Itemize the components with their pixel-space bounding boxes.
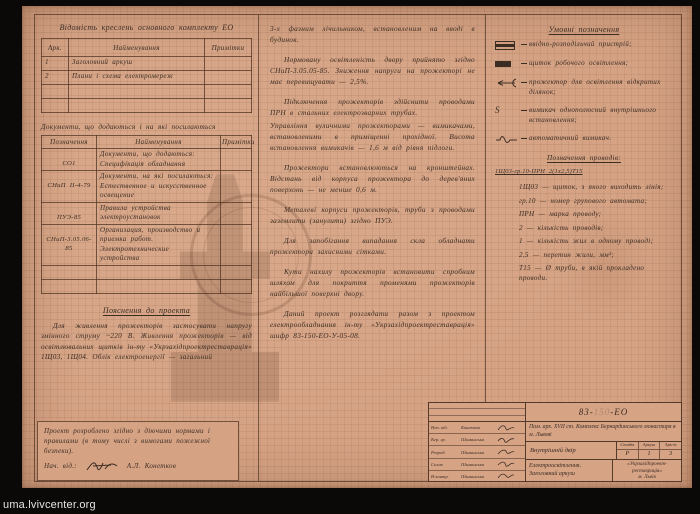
wire-designation-item: ПРН — марка проводу; [519,210,673,220]
stage-header: Арк-ів [660,442,681,449]
wire-designation-item: 2,5 — перетин жили, мм²; [519,251,673,261]
signature-role: Розроб. [429,450,461,455]
stage-header: Аркуш [639,442,661,449]
column-header: Примітки [205,39,252,57]
note-paragraph: Нормовану освітленість двору прийнято зг… [270,54,475,87]
table-row [42,99,252,113]
object-name: Внутрішній двір [526,442,617,459]
signatures-grid: Нач. від. Конетков Кер. гр. Шиманська Ро… [429,422,526,482]
compliance-note-box: Проект розроблено згідно з діючими норма… [37,421,239,481]
signer-name: Конетков [461,425,497,430]
breaker-symbol-icon [495,134,521,144]
legend-label: автоматичний вимикач. [529,134,673,144]
doc-name-cell: Документи, що додаються: Специфікація об… [97,149,221,171]
stage-value: 3 [660,450,681,459]
sheet-title: Електроосвітлення. Заголовний аркуш [526,460,613,482]
doc-name-cell: Организация, производство и приемка рабо… [97,224,221,265]
signature-icon [85,459,119,473]
legend-dash [521,110,527,111]
column-header: Позначення [42,136,97,149]
legend-item: автоматичний вимикач. [495,134,673,144]
doc-code-cell: ПУЭ-85 [42,202,97,224]
signature-role: Н.контр. [429,474,461,479]
doc-code-cell: СО1 [42,149,97,171]
signer-name: Шиманська [461,450,497,455]
doc-code-cell: СНиП-3.05.06-85 [42,224,97,265]
referenced-docs-table: Позначення Найменування Примітки СО1 Док… [41,135,252,294]
note-paragraph: Прожектори встановлюються на кронштейнах… [270,162,475,195]
signature-role: Нач. від. [429,425,461,430]
vru-symbol-icon [495,40,521,50]
archive-watermark: uma.lvivcenter.org [3,499,96,511]
note-paragraph: Кути нахилу прожекторів встановити спроб… [270,266,475,299]
explanation-text: Для живлення прожекторів застосувати нап… [41,321,252,363]
legend-dash [521,63,527,64]
table-row [42,265,252,279]
stage-headers: Стадія Аркуш Арк-ів [617,442,681,450]
signer-name: А.Л. Конетков [127,461,176,471]
legend-label: вимикач однополюсний внутрішнього встано… [529,106,673,125]
legend-item: ввідно-розподільчий пристрій; [495,40,673,50]
stage-header: Стадія [617,442,639,449]
table-row: СНиП-3.05.06-85 Организация, производств… [42,224,252,265]
note-cell [221,224,252,265]
table-row [42,279,252,293]
sheet-number-cell: 2 [42,71,69,85]
note-paragraph: Для запобігання випадання скла обладнати… [270,235,475,257]
wire-designation-formula: 1Щ03-гр.10-ПРН 2(1х2,5)Т15 [495,168,673,175]
note-cell [221,149,252,171]
document-number: 83-150-ЕО [526,403,681,421]
signature-row: Склав Шиманська [429,459,525,471]
drawing-list-title: Відомість креслень основного комплекту Е… [41,23,252,32]
signature-role: Склав [429,462,461,467]
document-number-middle: 150 [594,407,611,417]
table-row: ПУЭ-85 Правила устройства электроустанов… [42,202,252,224]
doc-code-cell: СНиП ІІ-4-79 [42,171,97,203]
title-block-mid-row: Внутрішній двір Стадія Аркуш Арк-ів Р 1 … [526,442,681,460]
wire-designation-item: 2 — кількість проводів; [519,224,673,234]
stage-grid: Стадія Аркуш Арк-ів Р 1 3 [617,442,681,459]
sheet-name-cell: Заголовний аркуш [69,57,205,71]
project-name: Пам. арх. XVII ст. Комплекс Бернардинськ… [526,422,681,442]
signature-icon [497,424,515,432]
explanation-title: Пояснення до проекта [41,306,252,315]
signature-row: Кер. гр. Шиманська [429,434,525,446]
lighting-panel-symbol-icon [495,59,521,69]
wire-designation-title: Позначення проводів: [495,154,673,162]
legend-label: прожектор для освітлення відкритих ділян… [529,78,673,97]
title-block-bottom-row: Електроосвітлення. Заголовний аркуш «Укр… [526,460,681,482]
wire-designation-item: гр.10 — номер групового автомата; [519,197,673,207]
column-header: Найменування [97,136,221,149]
signer-name: Шиманська [461,437,497,442]
doc-name-cell: Документи, на які посилаються: Естествен… [97,171,221,203]
note-paragraph: Управління вуличними прожекторами — вими… [270,120,475,153]
legend-dash [521,82,527,83]
signature-role: Кер. гр. [429,437,461,442]
signature-icon [497,460,515,468]
stage-values: Р 1 3 [617,450,681,459]
signature-row: Нач. від.: А.Л. Конетков [44,459,232,473]
stage-value: Р [617,450,639,459]
signature-row: Розроб. Шиманська [429,446,525,458]
note-paragraph: Даний проект розглядати разом з проектом… [270,308,475,341]
legend-title: Умовні позначення [495,25,673,34]
signature-icon [497,448,515,456]
sheet-number-cell: 1 [42,57,69,71]
note-paragraph: Металеві корпуси прожекторів, труби з пр… [270,204,475,226]
document-number-prefix: 83- [579,407,594,417]
note-paragraph: Підключення прожекторів здійснити провод… [270,96,475,118]
signer-name: Шиманська [461,474,497,479]
sheet-name-cell: Плани і схема електромереж [69,71,205,85]
signer-name: Шиманська [461,462,497,467]
referenced-docs-title: Документи, що додаються і на які посилаю… [41,123,252,131]
note-cell [221,202,252,224]
scanned-document-photo: { "colors": { "paper": "#d5a284", "ink":… [0,0,700,514]
wire-designation-list: 1Щ03 — щиток, з якого виходить лінія; гр… [495,183,673,283]
floodlight-symbol-icon [495,78,521,88]
legend-item: S вимикач однополюсний внутрішнього вста… [495,106,673,125]
signature-icon [497,472,515,480]
document-number-suffix: -ЕО [610,407,628,417]
revision-grid [429,403,526,421]
legend-dash [521,44,527,45]
legend-label: ввідно-розподільчий пристрій; [529,40,673,50]
compliance-note-text: Проект розроблено згідно з діючими норма… [44,426,232,456]
wire-designation-item: Т15 — Ø труби, в якій прокладено проводи… [519,264,673,283]
legend-label: щиток робочого освітлення; [529,59,673,69]
doc-name-cell: Правила устройства электроустановок [97,202,221,224]
signature-row: Нач. від. Конетков [429,422,525,434]
signature-row: Н.контр. Шиманська [429,471,525,482]
wire-designation-item: 1 — кількість жил в одному проводі; [519,237,673,247]
organization-name: «Укрзахідпроект- реставрація» м. Львів [613,460,681,482]
note-paragraph: 3-х фазним лічильником, встановленим на … [270,23,475,45]
left-column: Відомість креслень основного комплекту Е… [35,15,259,481]
drawing-list-table: Арк. Найменування Примітки 1 Заголовний … [41,38,252,113]
title-block-right: Пам. арх. XVII ст. Комплекс Бернардинськ… [526,422,681,482]
drawing-sheet: Відомість креслень основного комплекту Е… [22,6,692,488]
table-row: СНиП ІІ-4-79 Документи, на які посилають… [42,171,252,203]
table-row: 1 Заголовний аркуш [42,57,252,71]
legend-item: щиток робочого освітлення; [495,59,673,69]
sheet-frame: Відомість креслень основного комплекту Е… [34,14,682,482]
column-header: Найменування [69,39,205,57]
wire-designation-item: 1Щ03 — щиток, з якого виходить лінія; [519,183,673,193]
table-row [42,85,252,99]
note-cell [205,57,252,71]
column-header: Арк. [42,39,69,57]
legend-item: прожектор для освітлення відкритих ділян… [495,78,673,97]
switch-symbol-icon: S [495,106,521,116]
table-header-row: Позначення Найменування Примітки [42,136,252,149]
title-block-top-row: 83-150-ЕО [429,403,681,422]
table-header-row: Арк. Найменування Примітки [42,39,252,57]
stage-value: 1 [639,450,661,459]
signature-icon [497,436,515,444]
note-cell [205,71,252,85]
column-header: Примітки [221,136,252,149]
title-block-main: Нач. від. Конетков Кер. гр. Шиманська Ро… [429,422,681,482]
legend-dash [521,138,527,139]
title-block: 83-150-ЕО Нач. від. Конетков Кер. гр. Ши… [428,402,682,482]
table-row: СО1 Документи, що додаються: Специфікаці… [42,149,252,171]
note-cell [221,171,252,203]
table-row: 2 Плани і схема електромереж [42,71,252,85]
signature-label: Нач. від.: [44,461,77,471]
legend-list: ввідно-розподільчий пристрій; щиток робо… [495,40,673,144]
